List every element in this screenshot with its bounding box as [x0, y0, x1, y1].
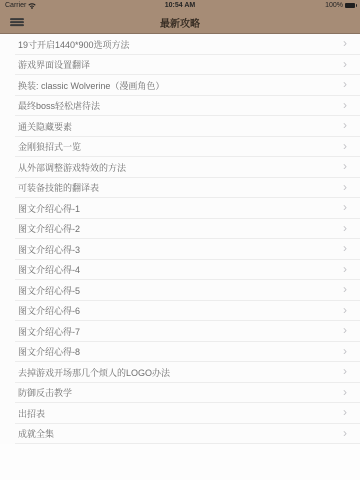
list-item-17[interactable]: 去掉游戏开场那几个烦人的LOGO办法 › [0, 362, 360, 383]
nav-bar: 最新攻略 [0, 11, 360, 33]
chevron-right-icon: › [343, 160, 347, 174]
chevron-right-icon: › [343, 263, 347, 277]
chevron-right-icon: › [343, 304, 347, 318]
app-screen: Carrier 10:54 AM 100% 最新攻略 19寸开启1440*900… [0, 0, 360, 480]
guide-list: 19寸开启1440*900选项方法 › 游戏界面设置翻译 › 换装: class… [0, 34, 360, 444]
list-item-label: 图文介绍心得-6 [18, 304, 343, 317]
chevron-right-icon: › [343, 119, 347, 133]
list-item-5[interactable]: 通关隐藏要素 › [0, 116, 360, 137]
list-item-12[interactable]: 图文介绍心得-4 › [0, 260, 360, 281]
list-item-label: 去掉游戏开场那几个烦人的LOGO办法 [18, 366, 343, 379]
page-title: 最新攻略 [160, 15, 200, 30]
chevron-right-icon: › [343, 406, 347, 420]
list-item-label: 换装: classic Wolverine（漫画角色） [18, 79, 343, 92]
chevron-right-icon: › [343, 365, 347, 379]
chevron-right-icon: › [343, 283, 347, 297]
list-item-20[interactable]: 成就全集 › [0, 424, 360, 445]
chevron-right-icon: › [343, 99, 347, 113]
list-item-label: 金刚狼招式一览 [18, 140, 343, 153]
status-left: Carrier [5, 2, 36, 9]
list-item-1[interactable]: 19寸开启1440*900选项方法 › [0, 34, 360, 55]
chevron-right-icon: › [343, 37, 347, 51]
chevron-right-icon: › [343, 58, 347, 72]
list-item-label: 图文介绍心得-1 [18, 202, 343, 215]
list-item-15[interactable]: 图文介绍心得-7 › [0, 321, 360, 342]
chevron-right-icon: › [343, 386, 347, 400]
header: Carrier 10:54 AM 100% 最新攻略 [0, 0, 360, 34]
list-item-13[interactable]: 图文介绍心得-5 › [0, 280, 360, 301]
list-item-label: 图文介绍心得-3 [18, 243, 343, 256]
list-item-8[interactable]: 可装备技能的翻译表 › [0, 178, 360, 199]
chevron-right-icon: › [343, 140, 347, 154]
list-item-label: 通关隐藏要素 [18, 120, 343, 133]
status-right: 100% [325, 2, 355, 9]
chevron-right-icon: › [343, 324, 347, 338]
chevron-right-icon: › [343, 201, 347, 215]
list-item-label: 出招表 [18, 407, 343, 420]
chevron-right-icon: › [343, 345, 347, 359]
list-item-6[interactable]: 金刚狼招式一览 › [0, 137, 360, 158]
list-item-label: 可装备技能的翻译表 [18, 181, 343, 194]
chevron-right-icon: › [343, 242, 347, 256]
list-item-3[interactable]: 换装: classic Wolverine（漫画角色） › [0, 75, 360, 96]
list-item-label: 图文介绍心得-7 [18, 325, 343, 338]
list-item-label: 图文介绍心得-4 [18, 263, 343, 276]
list-item-label: 防御反击教学 [18, 386, 343, 399]
list-item-14[interactable]: 图文介绍心得-6 › [0, 301, 360, 322]
list-item-label: 成就全集 [18, 427, 343, 440]
list-item-4[interactable]: 最终boss轻松虐待法 › [0, 96, 360, 117]
chevron-right-icon: › [343, 427, 347, 441]
chevron-right-icon: › [343, 181, 347, 195]
list-item-label: 图文介绍心得-2 [18, 222, 343, 235]
battery-percent-label: 100% [325, 2, 343, 9]
list-item-label: 19寸开启1440*900选项方法 [18, 38, 343, 51]
list-item-16[interactable]: 图文介绍心得-8 › [0, 342, 360, 363]
list-item-9[interactable]: 图文介绍心得-1 › [0, 198, 360, 219]
list-item-19[interactable]: 出招表 › [0, 403, 360, 424]
list-item-2[interactable]: 游戏界面设置翻译 › [0, 55, 360, 76]
battery-icon [345, 3, 355, 8]
chevron-right-icon: › [343, 78, 347, 92]
list-item-label: 游戏界面设置翻译 [18, 58, 343, 71]
list-item-label: 从外部调整游戏特效的方法 [18, 161, 343, 174]
clock-label: 10:54 AM [165, 2, 195, 9]
carrier-label: Carrier [5, 2, 26, 9]
hamburger-icon[interactable] [10, 16, 24, 28]
chevron-right-icon: › [343, 222, 347, 236]
list-item-18[interactable]: 防御反击教学 › [0, 383, 360, 404]
list-item-11[interactable]: 图文介绍心得-3 › [0, 239, 360, 260]
list-item-label: 图文介绍心得-5 [18, 284, 343, 297]
list-item-10[interactable]: 图文介绍心得-2 › [0, 219, 360, 240]
list-item-label: 图文介绍心得-8 [18, 345, 343, 358]
list-item-7[interactable]: 从外部调整游戏特效的方法 › [0, 157, 360, 178]
status-bar: Carrier 10:54 AM 100% [0, 0, 360, 11]
list-item-label: 最终boss轻松虐待法 [18, 99, 343, 112]
wifi-icon [28, 3, 36, 9]
